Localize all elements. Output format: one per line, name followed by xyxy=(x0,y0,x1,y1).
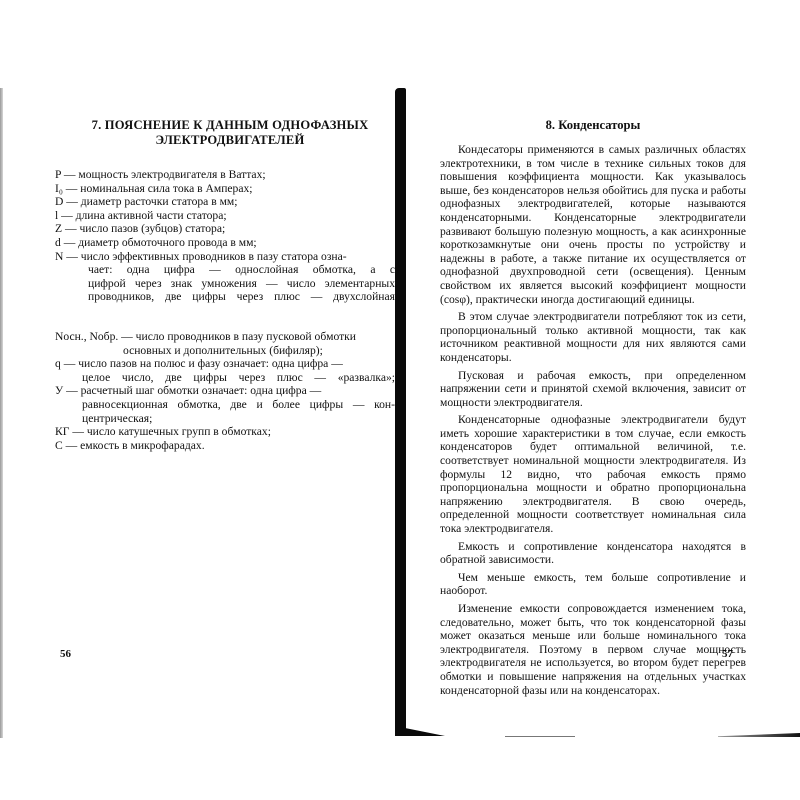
legend-item-d-diameter: D — диаметр расточки статора в мм; xyxy=(55,195,395,209)
paragraph-4: Конденсаторные однофазные электродвигате… xyxy=(440,413,746,535)
book-spread: 7. ПОЯСНЕНИЕ К ДАННЫМ ОДНОФАЗНЫХ ЭЛЕКТРО… xyxy=(0,0,800,800)
paragraph-2: В этом случае электродвигатели потребляю… xyxy=(440,310,746,364)
legend-item-i0: I₀ — номинальная сила тока в Амперах; xyxy=(55,182,395,196)
legend-item-kg: КГ — число катушечных групп в обмотках; xyxy=(55,425,395,439)
left-page-edge xyxy=(0,88,3,738)
book-spine-shadow xyxy=(395,88,406,736)
legend-item-y: У — расчетный шаг обмотки означает: одна… xyxy=(55,384,395,425)
title-line-2: ЭЛЕКТРОДВИГАТЕЛЕЙ xyxy=(65,133,395,148)
paragraph-6: Чем меньше емкость, тем больше сопротивл… xyxy=(440,571,746,598)
paragraph-1: Кондесаторы применяются в самых различны… xyxy=(440,143,746,306)
spine-foot-shadow xyxy=(400,727,445,736)
page-bottom-edge-right xyxy=(718,733,800,737)
blank-gap xyxy=(55,304,395,330)
legend-item-l: l — длина активной части статора; xyxy=(55,209,395,223)
left-page: 7. ПОЯСНЕНИЕ К ДАННЫМ ОДНОФАЗНЫХ ЭЛЕКТРО… xyxy=(55,118,395,452)
right-page: 8. Конденсаторы Кондесаторы применяются … xyxy=(440,118,746,701)
legend-item-p: P — мощность электродвигателя в Ваттах; xyxy=(55,168,395,182)
paragraph-3: Пусковая и рабочая емкость, при определе… xyxy=(440,369,746,410)
section-title-8: 8. Конденсаторы xyxy=(440,118,746,133)
page-number-left: 56 xyxy=(60,648,71,660)
page-number-right: 57 xyxy=(722,648,733,660)
paragraph-5: Емкость и сопротивление конденсатора нах… xyxy=(440,540,746,567)
legend-item-n: N — число эффективных проводников в пазу… xyxy=(55,250,395,304)
section-title-7: 7. ПОЯСНЕНИЕ К ДАННЫМ ОДНОФАЗНЫХ ЭЛЕКТРО… xyxy=(55,118,395,148)
symbol-legend: P — мощность электродвигателя в Ваттах; … xyxy=(55,168,395,452)
title-line-1: 7. ПОЯСНЕНИЕ К ДАННЫМ ОДНОФАЗНЫХ xyxy=(65,118,395,133)
legend-item-d-wire: d — диаметр обмоточного провода в мм; xyxy=(55,236,395,250)
page-bottom-edge xyxy=(505,736,575,737)
legend-item-n-osn-obr: Nосн., Nобр. — число проводников в пазу … xyxy=(55,330,395,357)
legend-item-q: q — число пазов на полюс и фазу означает… xyxy=(55,357,395,384)
legend-item-c: C — емкость в микрофарадах. xyxy=(55,439,395,453)
legend-item-z: Z — число пазов (зубцов) статора; xyxy=(55,222,395,236)
paragraph-7: Изменение емкости сопровождается изменен… xyxy=(440,602,746,697)
